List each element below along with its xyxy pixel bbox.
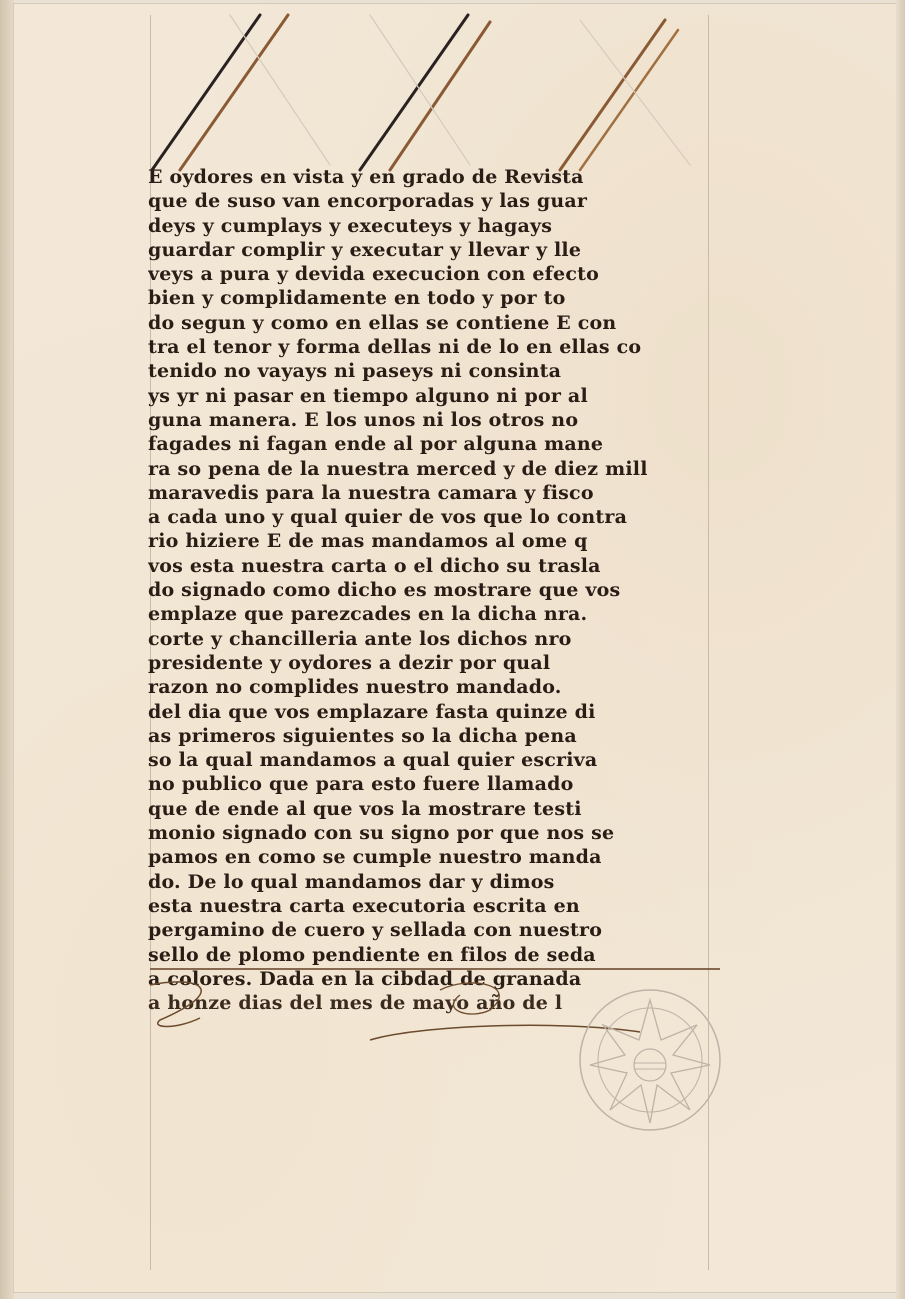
text-line: deys y cumplays y executeys y hagays bbox=[148, 214, 723, 238]
text-line: vos esta nuestra carta o el dicho su tra… bbox=[148, 554, 723, 578]
text-line: que de ende al que vos la mostrare testi bbox=[148, 797, 723, 821]
text-line: corte y chancilleria ante los dichos nro bbox=[148, 627, 723, 651]
text-line: razon no complides nuestro mandado. bbox=[148, 675, 723, 699]
text-line: pergamino de cuero y sellada con nuestro bbox=[148, 918, 723, 942]
text-line: tra el tenor y forma dellas ni de lo en … bbox=[148, 335, 723, 359]
text-line: as primeros siguientes so la dicha pena bbox=[148, 724, 723, 748]
text-line: ra so pena de la nuestra merced y de die… bbox=[148, 457, 723, 481]
text-line: maravedis para la nuestra camara y fisco bbox=[148, 481, 723, 505]
text-line: do segun y como en ellas se contiene E c… bbox=[148, 311, 723, 335]
text-line: monio signado con su signo por que nos s… bbox=[148, 821, 723, 845]
text-line: presidente y oydores a dezir por qual bbox=[148, 651, 723, 675]
text-line: fagades ni fagan ende al por alguna mane bbox=[148, 432, 723, 456]
text-line: veys a pura y devida execucion con efect… bbox=[148, 262, 723, 286]
text-line: tenido no vayays ni paseys ni consinta bbox=[148, 359, 723, 383]
text-line: pamos en como se cumple nuestro manda bbox=[148, 845, 723, 869]
text-line: do. De lo qual mandamos dar y dimos bbox=[148, 870, 723, 894]
text-line: bien y complidamente en todo y por to bbox=[148, 286, 723, 310]
text-line: guna manera. E los unos ni los otros no bbox=[148, 408, 723, 432]
text-line: a cada uno y qual quier de vos que lo co… bbox=[148, 505, 723, 529]
manuscript-text: E oydores en vista y en grado de Revista… bbox=[148, 165, 723, 1015]
archive-stamp bbox=[575, 985, 725, 1135]
text-line: so la qual mandamos a qual quier escriva bbox=[148, 748, 723, 772]
text-line: no publico que para esto fuere llamado bbox=[148, 772, 723, 796]
text-line: emplaze que parezcades en la dicha nra. bbox=[148, 602, 723, 626]
text-line: ys yr ni pasar en tiempo alguno ni por a… bbox=[148, 384, 723, 408]
text-line: sello de plomo pendiente en filos de sed… bbox=[148, 943, 723, 967]
text-line: do signado como dicho es mostrare que vo… bbox=[148, 578, 723, 602]
closing-underline bbox=[150, 968, 720, 970]
text-line: esta nuestra carta executoria escrita en bbox=[148, 894, 723, 918]
text-line: del dia que vos emplazare fasta quinze d… bbox=[148, 700, 723, 724]
text-line: que de suso van encorporadas y las guar bbox=[148, 189, 723, 213]
text-line: guardar complir y executar y llevar y ll… bbox=[148, 238, 723, 262]
text-line: rio hiziere E de mas mandamos al ome q bbox=[148, 529, 723, 553]
text-line: E oydores en vista y en grado de Revista bbox=[148, 165, 723, 189]
